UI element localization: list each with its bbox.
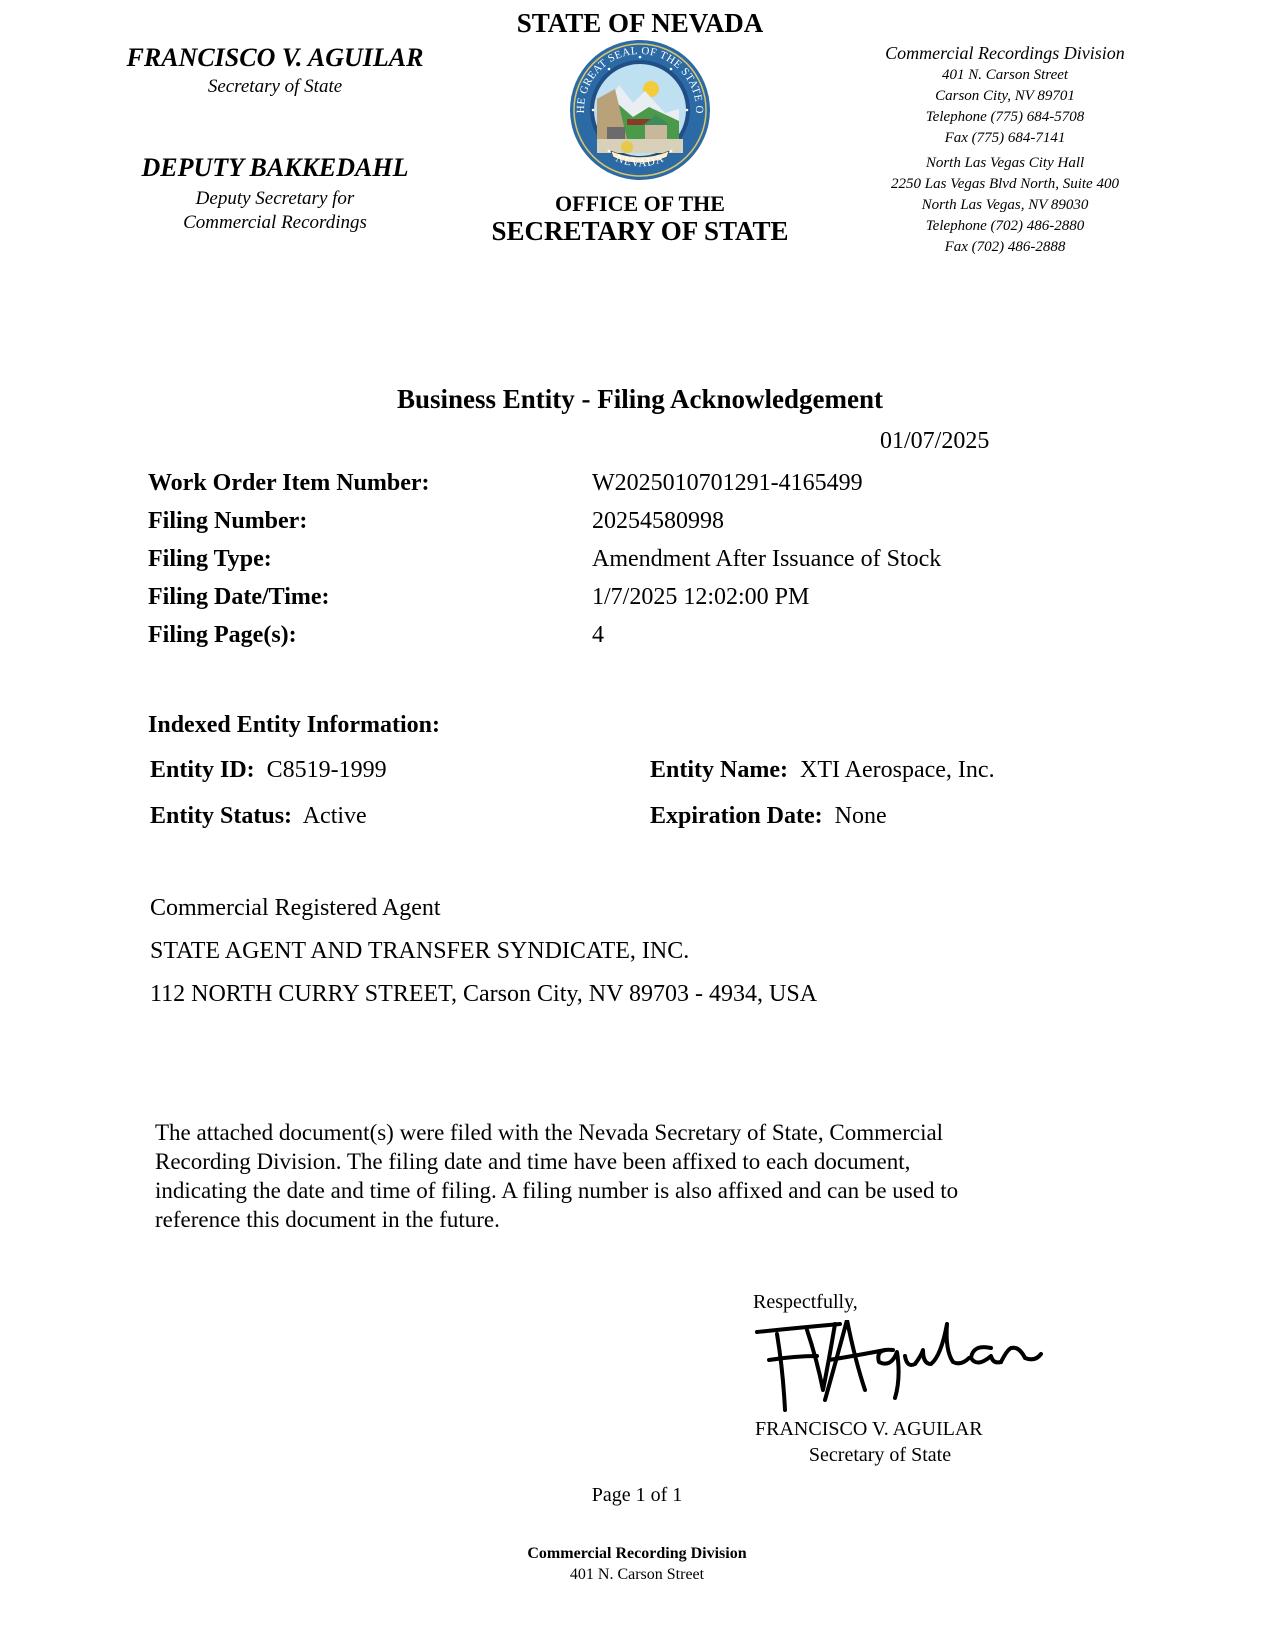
footer-division: Commercial Recording Division [437,1545,837,1563]
paragraph-line: reference this document in the future. [155,1205,1065,1234]
header-right-office1: Commercial Recordings Division 401 N. Ca… [840,41,1170,149]
filing-pages-label: Filing Page(s): [148,622,297,649]
filing-number-value: 20254580998 [592,508,724,535]
document-date: 01/07/2025 [880,428,989,455]
indexed-entity-heading: Indexed Entity Information: [148,712,440,739]
filing-type-label: Filing Type: [148,546,272,573]
filing-row-pages: Filing Page(s): 4 [148,622,1048,660]
deputy-title-line1: Deputy Secretary for [90,187,460,211]
filing-type-value: Amendment After Issuance of Stock [592,546,941,573]
entity-name: Entity Name: XTI Aerospace, Inc. [650,757,995,784]
office2-city: North Las Vegas, NV 89030 [840,195,1170,216]
office2-fax: Fax (702) 486-2888 [840,237,1170,258]
paragraph-line: The attached document(s) were filed with… [155,1118,1065,1147]
filing-datetime-value: 1/7/2025 12:02:00 PM [592,584,809,611]
filing-datetime-label: Filing Date/Time: [148,584,330,611]
deputy-name: DEPUTY BAKKEDAHL [90,153,460,183]
entity-id: Entity ID: C8519-1999 [150,757,387,784]
office1-name: Commercial Recordings Division [840,41,1170,65]
office2-address: 2250 Las Vegas Blvd North, Suite 400 [840,174,1170,195]
page-number: Page 1 of 1 [437,1484,837,1507]
expiration-label: Expiration Date: [650,803,823,829]
signature-icon [755,1320,1075,1415]
office1-address: 401 N. Carson Street [840,65,1170,86]
header-deputy: DEPUTY BAKKEDAHL Deputy Secretary for Co… [90,153,460,235]
filing-row-datetime: Filing Date/Time: 1/7/2025 12:02:00 PM [148,584,1048,622]
filing-row-type: Filing Type: Amendment After Issuance of… [148,546,1048,584]
entity-status: Entity Status: Active [150,803,367,830]
office1-city: Carson City, NV 89701 [840,86,1170,107]
agent-address: 112 NORTH CURRY STREET, Carson City, NV … [150,981,817,1008]
office2-name: North Las Vegas City Hall [840,153,1170,174]
work-order-label: Work Order Item Number: [148,470,430,497]
filing-pages-value: 4 [592,622,604,649]
expiration-date: Expiration Date: None [650,803,887,830]
agent-name: STATE AGENT AND TRANSFER SYNDICATE, INC. [150,938,689,965]
secretary-title: Secretary of State [90,75,460,99]
document-title: Business Entity - Filing Acknowledgement [240,384,1040,415]
signer-title: Secretary of State [755,1444,1005,1467]
office-line1: OFFICE OF THE [440,191,840,217]
entity-id-label: Entity ID: [150,757,255,783]
header-right-office2: North Las Vegas City Hall 2250 Las Vegas… [840,153,1170,258]
footer-address: 401 N. Carson Street [437,1566,837,1584]
deputy-title-line2: Commercial Recordings [90,211,460,235]
filing-row-work-order: Work Order Item Number: W2025010701291-4… [148,470,1048,508]
signer-name: FRANCISCO V. AGUILAR [755,1418,983,1441]
expiration-value: None [835,803,887,829]
entity-id-value: C8519-1999 [267,757,387,783]
office1-fax: Fax (775) 684-7141 [840,128,1170,149]
secretary-name: FRANCISCO V. AGUILAR [90,43,460,73]
office2-phone: Telephone (702) 486-2880 [840,216,1170,237]
office1-phone: Telephone (775) 684-5708 [840,107,1170,128]
filing-fields: Work Order Item Number: W2025010701291-4… [148,470,1048,660]
entity-name-label: Entity Name: [650,757,788,783]
entity-name-value: XTI Aerospace, Inc. [800,757,995,783]
filing-number-label: Filing Number: [148,508,307,535]
nevada-seal-icon: THE GREAT SEAL OF THE STATE OF NEVADA [569,39,711,181]
state-heading: STATE OF NEVADA [440,8,840,39]
office-line2: SECRETARY OF STATE [440,216,840,247]
agent-type: Commercial Registered Agent [150,895,441,922]
closing: Respectfully, [753,1291,858,1314]
entity-status-label: Entity Status: [150,803,292,829]
acknowledgement-paragraph: The attached document(s) were filed with… [155,1118,1065,1234]
header-left: FRANCISCO V. AGUILAR Secretary of State [90,43,460,99]
work-order-value: W2025010701291-4165499 [592,470,863,497]
entity-status-value: Active [303,803,367,829]
paragraph-line: Recording Division. The filing date and … [155,1147,1065,1176]
filing-row-number: Filing Number: 20254580998 [148,508,1048,546]
paragraph-line: indicating the date and time of filing. … [155,1176,1065,1205]
